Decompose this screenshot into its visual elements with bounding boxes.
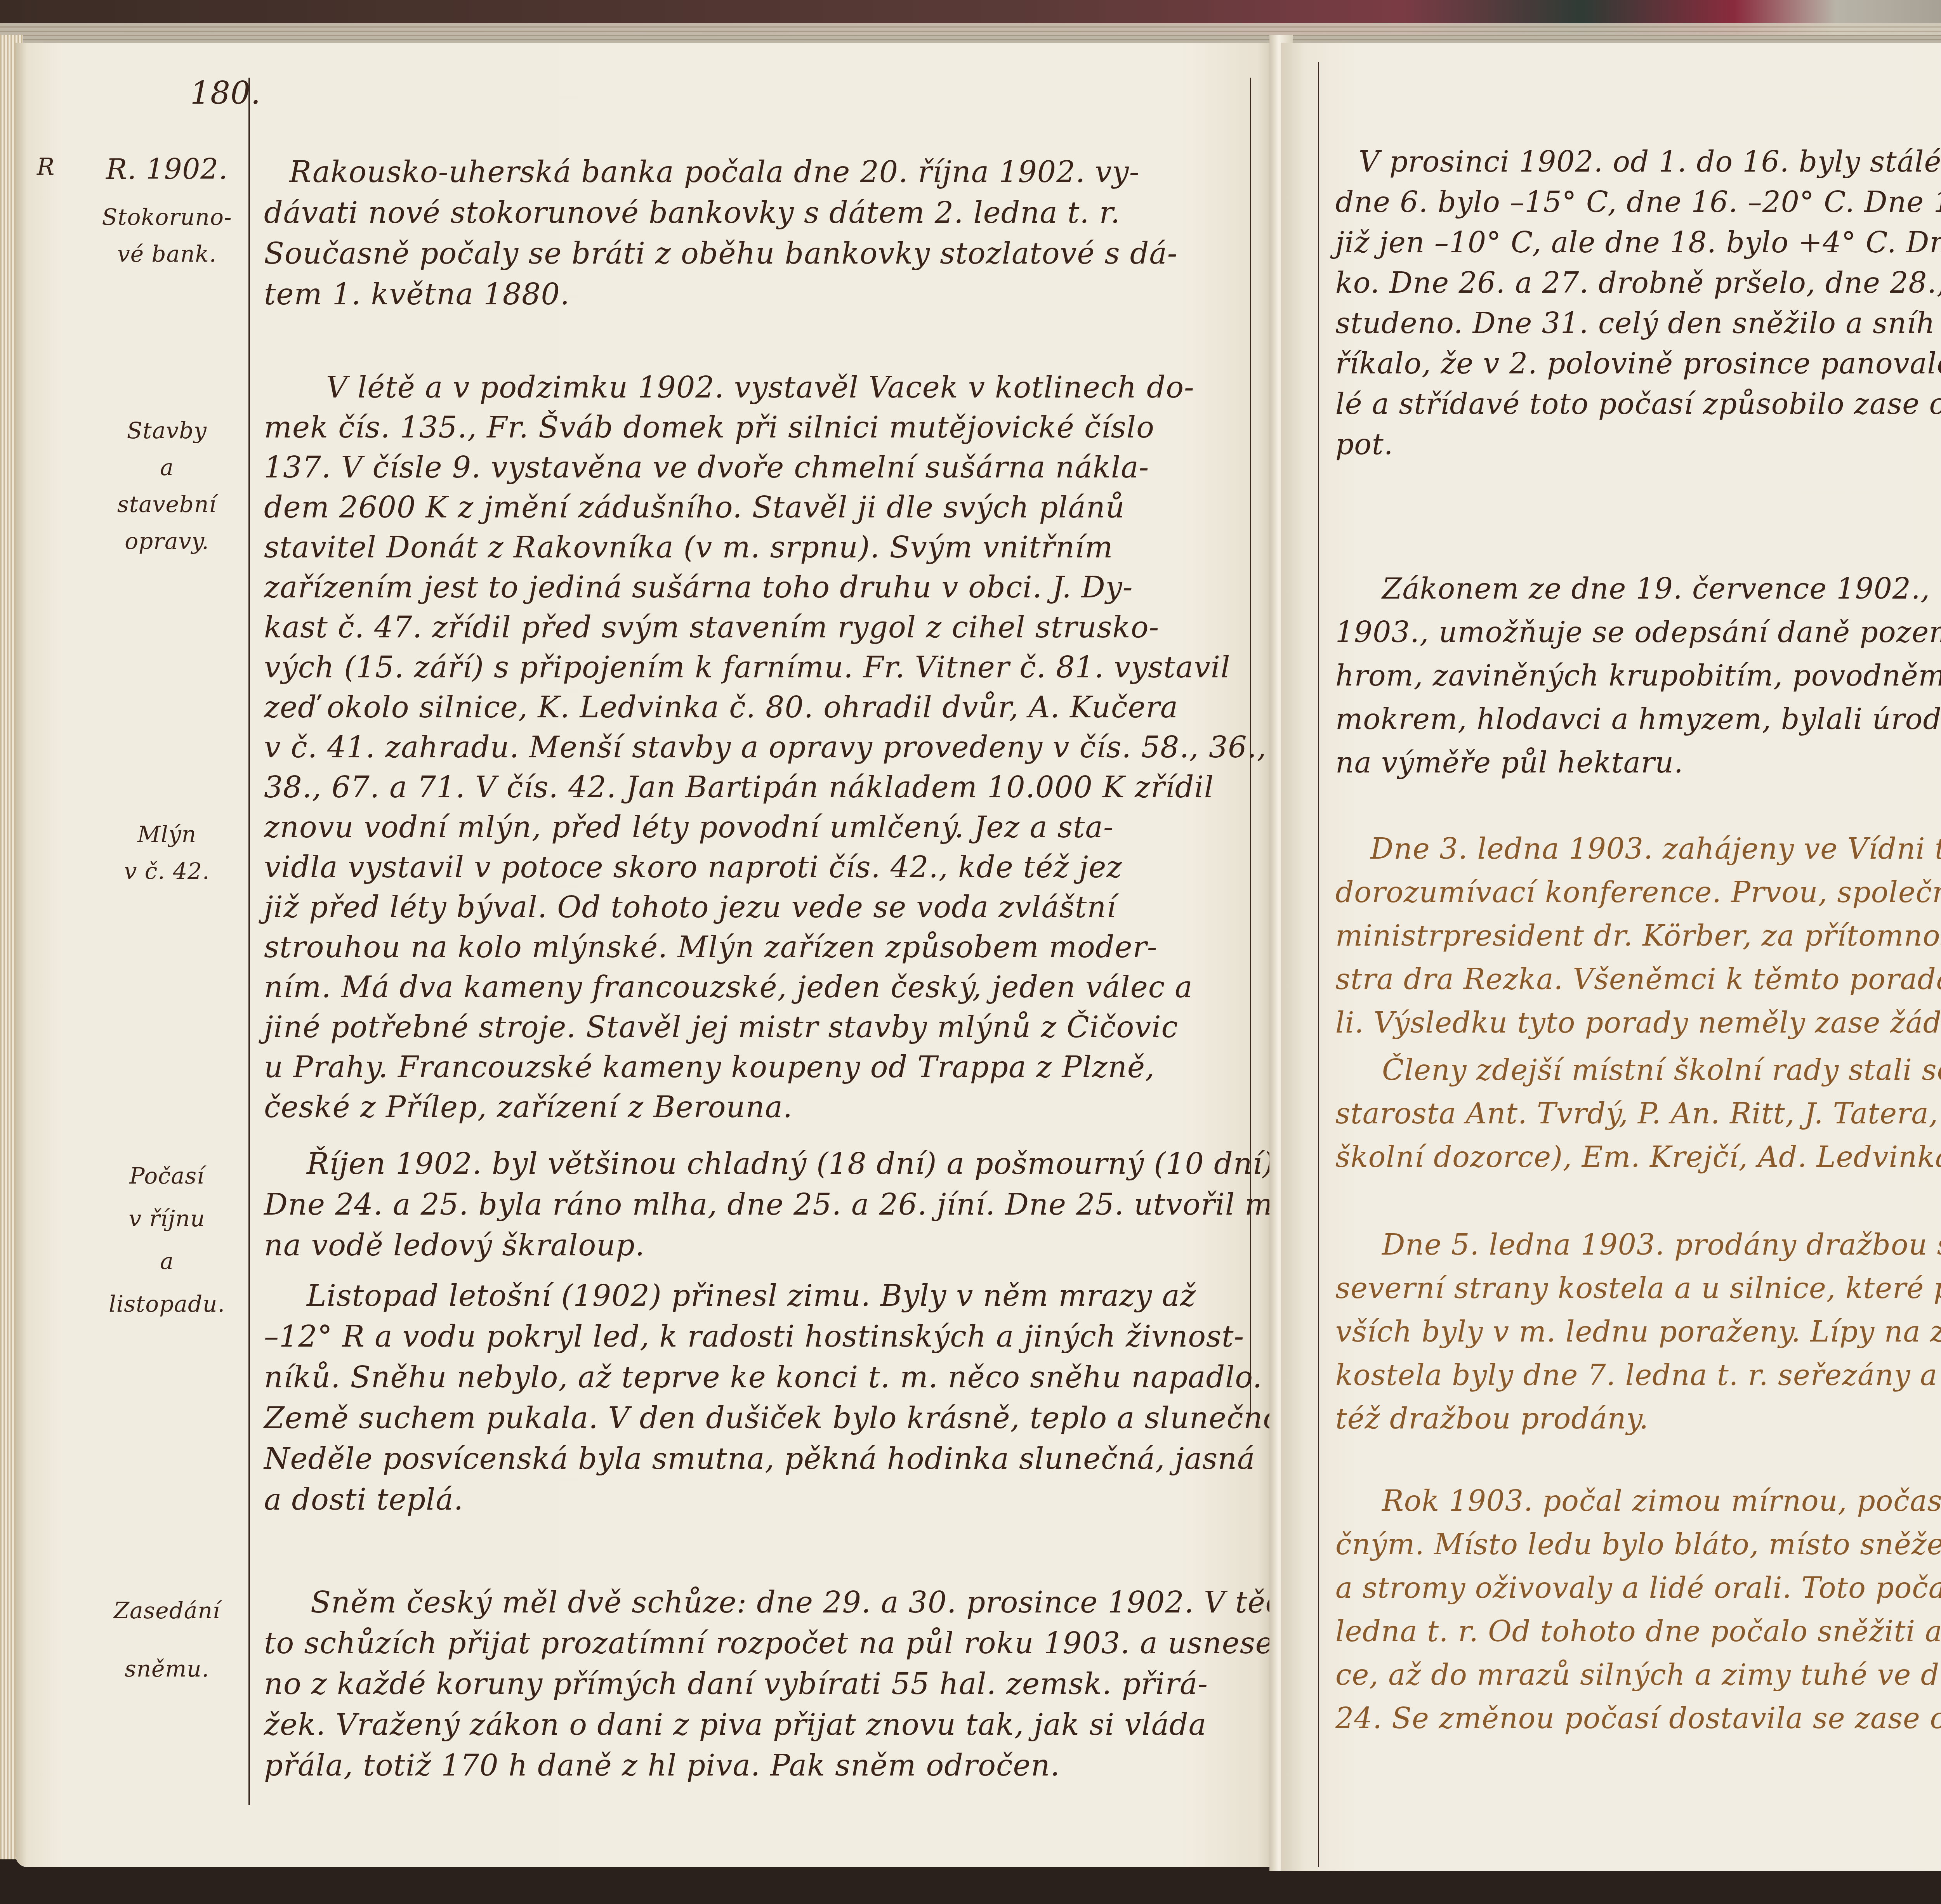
right-page-left-rule bbox=[1318, 62, 1319, 1867]
text-line: mokrem, hlodavci a hmyzem, bylali úroda … bbox=[1335, 705, 1941, 734]
text-line: ním. Má dva kameny francouzské, jeden če… bbox=[264, 972, 1193, 1002]
text-line: strouhou na kolo mlýnské. Mlýn zařízen z… bbox=[264, 932, 1157, 962]
text-line: studeno. Dne 31. celý den sněžilo a sníh… bbox=[1335, 309, 1941, 338]
text-line: jiné potřebné stroje. Stavěl jej mistr s… bbox=[264, 1012, 1178, 1042]
text-line: znovu vodní mlýn, před léty povodní umlč… bbox=[264, 812, 1114, 842]
text-line: no z každé koruny přímých daní vybírati … bbox=[264, 1669, 1208, 1699]
text-line: Zákonem ze dne 19. července 1902., uveře… bbox=[1382, 574, 1941, 603]
text-line: Dne 24. a 25. byla ráno mlha, dne 25. a … bbox=[264, 1190, 1321, 1219]
margin-note-weather: listopadu. bbox=[89, 1293, 245, 1315]
text-line: ko. Dne 26. a 27. drobně pršelo, dne 28.… bbox=[1335, 269, 1941, 297]
text-line: Rakousko-uherská banka počala dne 20. ří… bbox=[289, 157, 1139, 187]
margin-note-weather: v říjnu bbox=[89, 1207, 245, 1230]
text-line: zařízením jest to jediná sušárna toho dr… bbox=[264, 573, 1133, 602]
text-line: žek. Vražený zákon o dani z piva přijat … bbox=[264, 1710, 1207, 1739]
text-line: 1903., umožňuje se odepsání daně pozemko… bbox=[1335, 618, 1941, 647]
corner-mark: R bbox=[37, 155, 55, 179]
text-line: Členy zdejší místní školní rady stali se… bbox=[1382, 1056, 1941, 1085]
margin-note-buildings: Stavby bbox=[89, 419, 245, 442]
margin-note-buildings: opravy. bbox=[89, 530, 245, 552]
text-line: ministrpresident dr. Körber, za přítomno… bbox=[1335, 922, 1941, 950]
text-line: české z Přílep, zařízení z Berouna. bbox=[264, 1092, 793, 1122]
text-line: níků. Sněhu nebylo, až teprve ke konci t… bbox=[264, 1362, 1262, 1392]
text-line: školní dozorce), Em. Krejčí, Ad. Ledvink… bbox=[1335, 1143, 1941, 1172]
text-line: Dne 3. ledna 1903. zahájeny ve Vídni tře… bbox=[1370, 835, 1941, 863]
margin-note-buildings: a bbox=[89, 456, 245, 479]
text-line: Neděle posvícenská byla smutna, pěkná ho… bbox=[264, 1444, 1255, 1474]
text-line: Listopad letošní (1902) přinesl zimu. By… bbox=[307, 1281, 1196, 1310]
text-line: kast č. 47. zřídil před svým stavením ry… bbox=[264, 613, 1159, 642]
margin-note-diet: Zasedání bbox=[89, 1599, 245, 1622]
text-line: na výměře půl hektaru. bbox=[1335, 748, 1684, 777]
text-line: li. Výsledku tyto porady neměly zase žád… bbox=[1335, 1008, 1941, 1037]
text-line: Země suchem pukala. V den dušiček bylo k… bbox=[264, 1403, 1290, 1433]
text-line: mek čís. 135., Fr. Šváb domek při silnic… bbox=[264, 413, 1155, 442]
left-margin-rule bbox=[248, 78, 250, 1805]
text-line: to schůzích přijat prozatímní rozpočet n… bbox=[264, 1628, 1283, 1658]
text-line: stavitel Donát z Rakovníka (v m. srpnu).… bbox=[264, 533, 1113, 562]
text-line: a stromy oživovaly a lidé orali. Toto po… bbox=[1335, 1574, 1941, 1602]
text-line: dne 6. bylo –15° C, dne 16. –20° C. Dne … bbox=[1335, 188, 1941, 217]
margin-note-mill: Mlýn bbox=[89, 823, 245, 845]
text-line: již před léty býval. Od tohoto jezu vede… bbox=[264, 892, 1116, 922]
text-line: a dosti teplá. bbox=[264, 1485, 464, 1514]
text-line: V létě a v podzimku 1902. vystavěl Vacek… bbox=[326, 373, 1194, 402]
text-line: hrom, zaviněných krupobitím, povodněmi, … bbox=[1335, 661, 1941, 690]
text-line: lé a střídavé toto počasí způsobilo zase… bbox=[1335, 390, 1941, 418]
text-line: severní strany kostela a u silnice, kter… bbox=[1335, 1274, 1941, 1303]
text-line: též dražbou prodány. bbox=[1335, 1404, 1649, 1433]
text-line: kostela byly dne 7. ledna t. r. seřezány… bbox=[1335, 1361, 1941, 1390]
margin-note-mill: v č. 42. bbox=[89, 860, 245, 882]
margin-note-weather: Počasí bbox=[89, 1165, 245, 1187]
text-line: již jen –10° C, ale dne 18. bylo +4° C. … bbox=[1335, 228, 1941, 257]
text-line: 24. Se změnou počasí dostavila se zase c… bbox=[1335, 1704, 1941, 1733]
text-line: dem 2600 K z jmění záduš­ního. Stavěl ji… bbox=[264, 493, 1125, 522]
page-number-left: 180. bbox=[190, 78, 261, 109]
text-line: 137. V čísle 9. vystavěna ve dvoře chmel… bbox=[264, 453, 1149, 482]
text-line: vidla vystavil v potoce skoro naproti čí… bbox=[264, 852, 1122, 882]
text-line: 38., 67. a 71. V čís. 42. Jan Bartipán n… bbox=[264, 772, 1214, 802]
margin-note-banknotes: vé bank. bbox=[89, 243, 245, 265]
margin-note-year: R. 1902. bbox=[89, 155, 245, 183]
margin-note-weather: a bbox=[89, 1250, 245, 1272]
text-line: ce, až do mrazů silných a zimy tuhé ve d… bbox=[1335, 1661, 1941, 1689]
text-line: u Prahy. Francouzské kameny koupeny od T… bbox=[264, 1052, 1155, 1082]
text-line: Sněm český měl dvě schůze: dne 29. a 30.… bbox=[311, 1588, 1312, 1617]
margin-note-buildings: stavební bbox=[89, 493, 245, 515]
text-line: dávati nové stokorunové bankovky s dátem… bbox=[264, 198, 1120, 227]
text-line: –12° R a vodu pokryl led, k radosti host… bbox=[264, 1322, 1244, 1351]
text-line: v č. 41. zahradu. Menší stavby a opravy … bbox=[264, 732, 1315, 762]
text-line: tem 1. května 1880. bbox=[264, 279, 570, 309]
text-line: V prosinci 1902. od 1. do 16. byly stálé… bbox=[1359, 148, 1941, 176]
text-line: pot. bbox=[1335, 430, 1393, 459]
text-line: dorozumívací konference. Prvou, společno… bbox=[1335, 878, 1941, 907]
text-line: čným. Místo ledu bylo bláto, místo sněže… bbox=[1335, 1530, 1941, 1559]
text-line: ledna t. r. Od tohoto dne počalo sněžiti… bbox=[1335, 1617, 1941, 1646]
text-line: zeď okolo silnice, K. Ledvinka č. 80. oh… bbox=[264, 693, 1178, 722]
text-line: Říjen 1902. byl většinou chladný (18 dní… bbox=[307, 1149, 1284, 1179]
text-line: Současně počaly se bráti z oběhu bankovk… bbox=[264, 239, 1177, 268]
text-line: stra dra Rezka. Všeněmci k těmto poradám… bbox=[1335, 965, 1941, 994]
text-line: Rok 1903. počal zimou mírnou, počasím pě… bbox=[1382, 1487, 1941, 1515]
margin-note-banknotes: Stokoruno- bbox=[89, 206, 245, 228]
text-line: vých (15. září) s připojením k farnímu. … bbox=[264, 653, 1230, 682]
text-line: vších byly v m. lednu poraženy. Lípy na … bbox=[1335, 1317, 1941, 1346]
text-line: přála, totiž 170 h daně z hl piva. Pak s… bbox=[264, 1751, 1060, 1780]
table-surface bbox=[0, 1871, 1941, 1904]
text-line: starosta Ant. Tvrdý, P. An. Ritt, J. Tat… bbox=[1335, 1099, 1941, 1128]
text-line: říkalo, že v 2. polovině prosince panova… bbox=[1335, 349, 1941, 378]
text-line: Dne 5. ledna 1903. prodány dražbou strom… bbox=[1382, 1231, 1941, 1259]
text-line: na vodě ledový škraloup. bbox=[264, 1231, 645, 1260]
margin-note-diet: sněmu. bbox=[89, 1658, 245, 1680]
